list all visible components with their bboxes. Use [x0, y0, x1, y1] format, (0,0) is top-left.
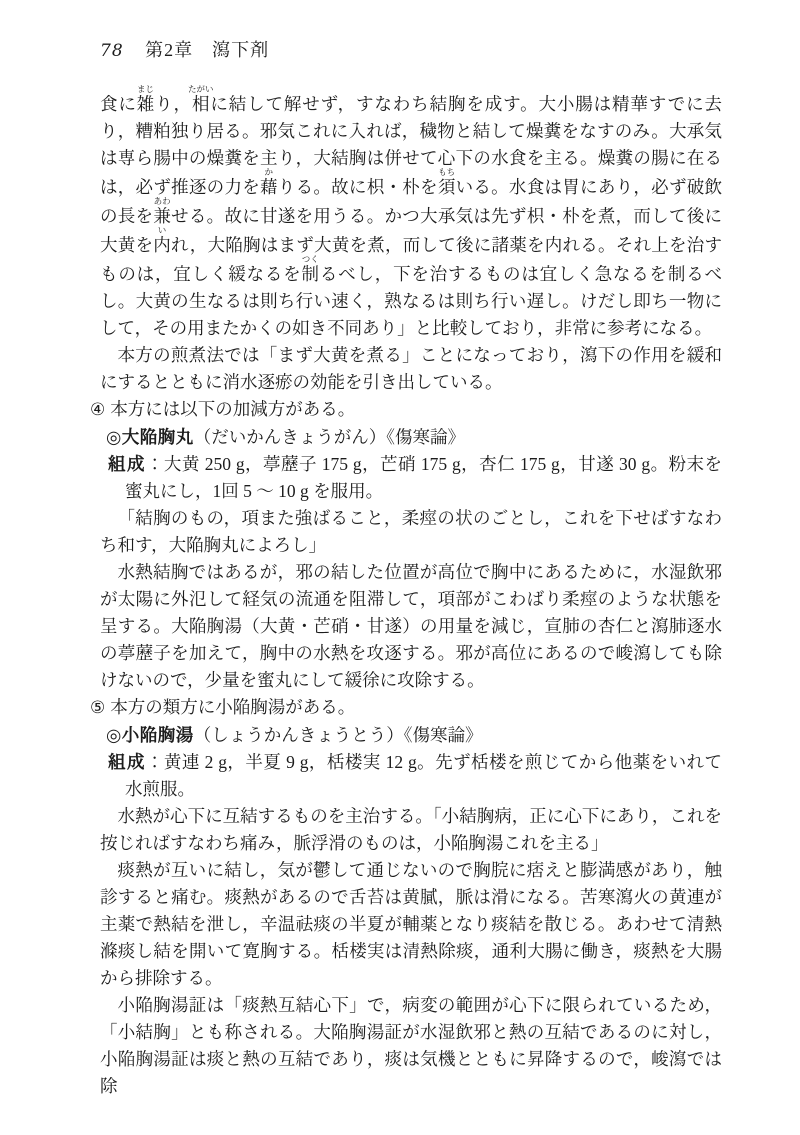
paragraph-citation-continuation: 食に雑まじり，相たがいに結して解せず，すなわち結胸を成す。大小腸は精華すでに去り… — [100, 84, 722, 342]
formula-name: ◎大陥胸丸 — [106, 427, 194, 447]
formula-heading-shokankyoto: ◎小陥胸湯（しょうかんきょうとう）《傷寒論》 — [106, 722, 722, 749]
ruby-base: 兼 — [153, 206, 171, 226]
formula-name: ◎小陥胸湯 — [106, 725, 194, 745]
page-number: 78 — [100, 41, 124, 61]
ruby-base: 須 — [438, 177, 456, 197]
ruby-annotation: 藉か — [260, 177, 278, 197]
paragraph-decoction-note: 本方の煎煮法では「まず大黄を煮る」ことになっており，瀉下の作用を緩和にするととも… — [100, 342, 722, 396]
paragraph-classic-quote: 「結胸のもの，項また強ばること，柔痙の状のごとし，これを下せばすなわち和す，大陥… — [100, 505, 722, 559]
composition-block: 組成：大黄 250 g，葶藶子 175 g，芒硝 175 g，杏仁 175 g，… — [100, 451, 722, 505]
composition-block: 組成：黄連 2 g，半夏 9 g，栝楼実 12 g。先ず栝楼を煎じてから他薬をい… — [100, 749, 722, 803]
ruby-annotation: 須もち — [438, 177, 456, 197]
numbered-item-5: ⑤本方の類方に小陥胸湯がある。 — [90, 694, 722, 722]
composition-label: 組成 — [108, 454, 146, 474]
composition-label: 組成 — [108, 752, 146, 772]
ruby-base: 雑 — [137, 94, 155, 114]
formula-reading-source: （しょうかんきょうとう）《傷寒論》 — [194, 725, 483, 745]
paragraph-shokekkyo-comparison: 小陥胸湯証は「痰熱互結心下」で，病変の範囲が心下に限られているため，「小結胸」と… — [100, 992, 722, 1100]
formula-reading-source: （だいかんきょうがん）《傷寒論》 — [194, 427, 465, 447]
citation-text: 食に — [100, 94, 137, 114]
numbered-item-text: 本方の類方に小陥胸湯がある。 — [110, 697, 355, 717]
numbered-item-4: ④本方には以下の加減方がある。 — [90, 396, 722, 424]
ruby-annotation: 内い — [153, 235, 171, 255]
page-body: 食に雑まじり，相たがいに結して解せず，すなわち結胸を成す。大小腸は精華すでに去り… — [100, 84, 722, 1100]
paragraph-tannetsu-explanation: 痰熱が互いに結し，気が鬱して通じないので胸脘に痞えと膨満感があり，触診すると痛む… — [100, 857, 722, 992]
furigana: い — [153, 225, 171, 235]
citation-text: り， — [155, 94, 192, 114]
composition-text: ：黄連 2 g，半夏 9 g，栝楼実 12 g。先ず栝楼を煎じてから他薬をいれて… — [125, 752, 722, 799]
ruby-annotation: 兼あわ — [153, 206, 171, 226]
chapter-title: 第2章 瀉下剤 — [145, 40, 269, 60]
furigana: つく — [302, 254, 320, 264]
ruby-annotation: 雑まじ — [137, 94, 155, 114]
ruby-base: 藉 — [260, 177, 278, 197]
running-header: 78 第2章 瀉下剤 — [100, 36, 269, 62]
paragraph-shokankyoto-indication: 水熱が心下に互結するものを主治する。「小結胸病，正に心下にあり，これを按じればす… — [100, 803, 722, 857]
citation-text: りる。故に枳・朴を — [278, 177, 438, 197]
ruby-annotation: 制つく — [302, 264, 320, 284]
furigana: か — [260, 167, 278, 177]
composition-text: ：大黄 250 g，葶藶子 175 g，芒硝 175 g，杏仁 175 g，甘遂… — [125, 454, 722, 501]
paragraph-daikankyogan-explanation: 水熱結胸ではあるが，邪の結した位置が高位で胸中にあるために，水湿飲邪が太陽に外氾… — [100, 559, 722, 694]
furigana: まじ — [137, 84, 155, 94]
ruby-annotation: 相たがい — [192, 94, 210, 114]
formula-heading-daikankyogan: ◎大陥胸丸（だいかんきょうがん）《傷寒論》 — [106, 424, 722, 451]
ruby-base: 内 — [153, 235, 171, 255]
furigana: たがい — [188, 84, 214, 94]
book-page: 78 第2章 瀉下剤 食に雑まじり，相たがいに結して解せず，すなわち結胸を成す。… — [0, 0, 800, 1135]
ruby-base: 制 — [302, 264, 320, 284]
circled-number-4-icon: ④ — [90, 400, 105, 420]
furigana: もち — [438, 167, 456, 177]
numbered-item-text: 本方には以下の加減方がある。 — [110, 399, 355, 419]
circled-number-5-icon: ⑤ — [90, 698, 105, 718]
furigana: あわ — [153, 196, 171, 206]
